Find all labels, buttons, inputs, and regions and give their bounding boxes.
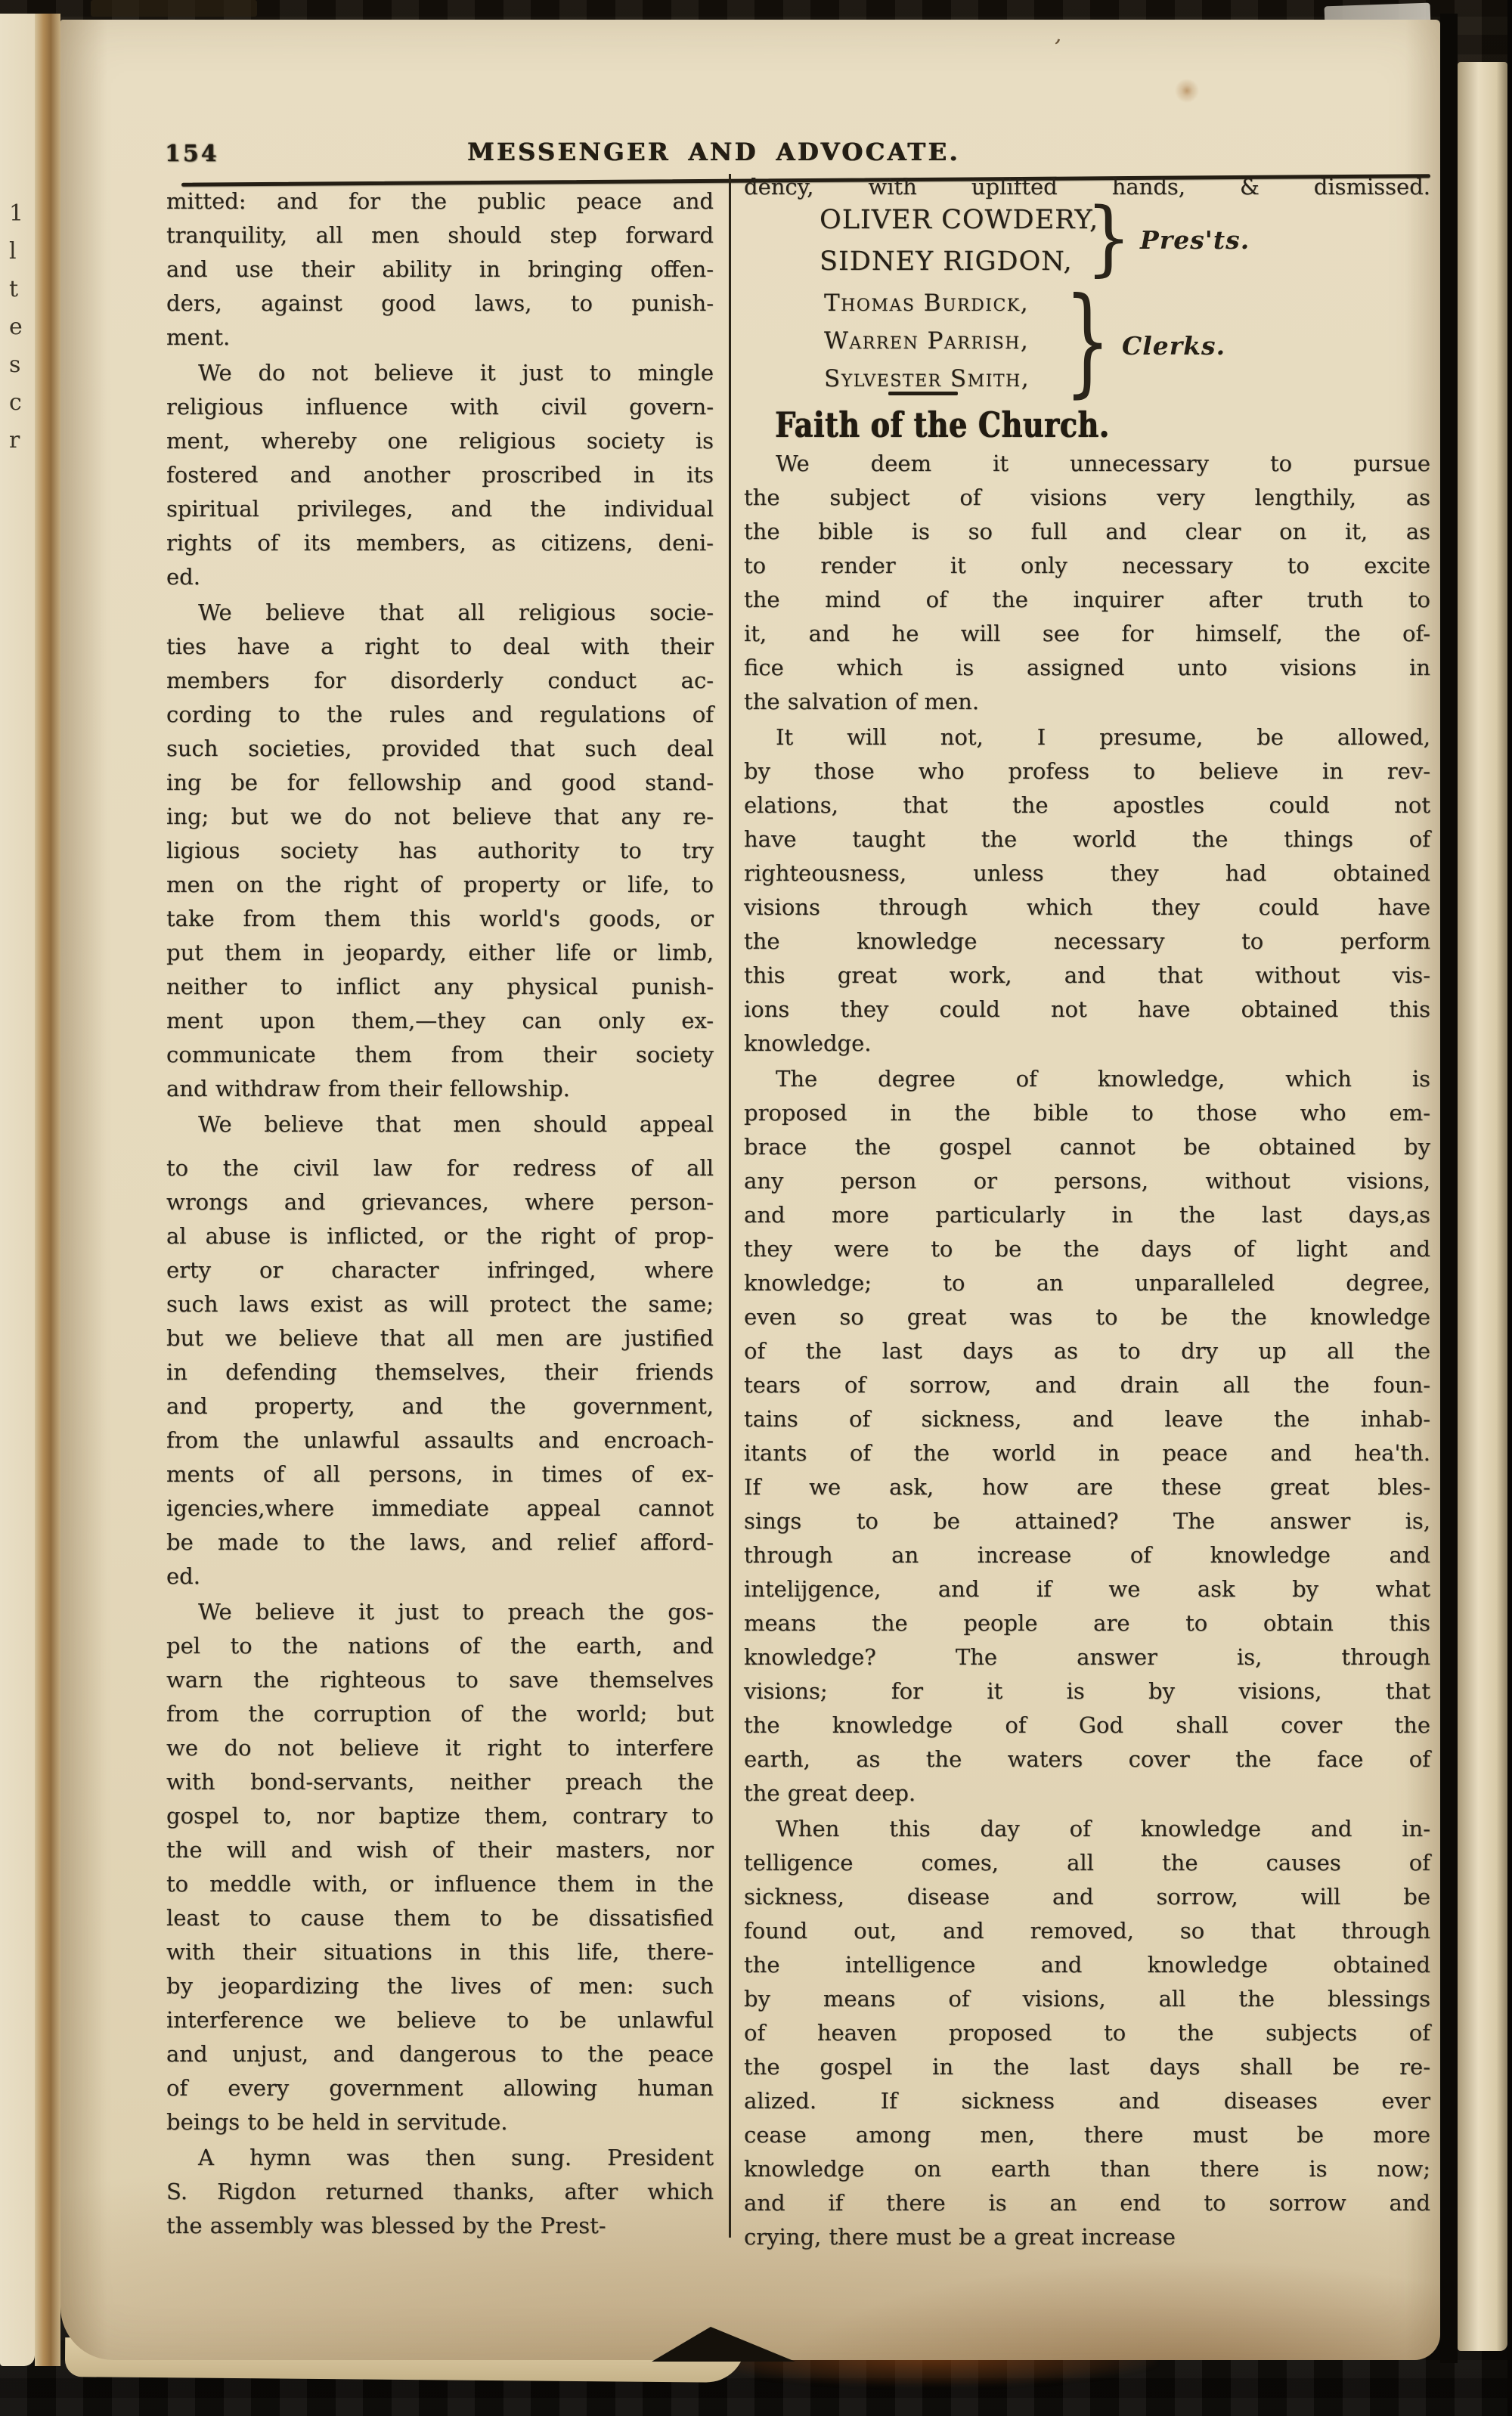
text-line: warn the righteous to save themselves [166,1663,714,1697]
text-line: crying, there must be a great increase [744,2220,1430,2254]
text-line: found out, and removed, so that through [744,1914,1430,1948]
text-line: members for disorderly conduct ac- [166,664,714,698]
text-line: gospel to, nor baptize them, contrary to [166,1799,714,1833]
clerks-title: Clerks. [1122,329,1225,363]
text-line: ments of all persons, in times of ex- [166,1457,714,1491]
text-line: the salvation of men. [744,685,1430,719]
text-line: ment. [166,321,714,355]
text-line: and if there is an end to sorrow and [744,2186,1430,2220]
right-column: dency, with uplifted hands, & dismissed.… [744,170,1430,2287]
text-line: the gospel in the last days shall be re- [744,2050,1430,2084]
text-line: by jeopardizing the lives of men: such [166,1969,714,2003]
book-page: 154 MESSENGER AND ADVOCATE. ’ mitted: an… [60,20,1440,2360]
text-line: with their situations in this life, ther… [166,1935,714,1969]
clerks-brace: } [1064,282,1111,400]
text-line: When this day of knowledge and in- [744,1812,1430,1846]
text-line: this great work, and that without vis- [744,959,1430,993]
top-shadow-sliver [91,0,257,17]
text-line: and more particularly in the last days,a… [744,1198,1430,1232]
text-line: such laws exist as will protect the same… [166,1287,714,1321]
text-line: We believe it just to preach the gos- [166,1595,714,1629]
text-line: by those who profess to believe in rev- [744,754,1430,788]
president-signature: OLIVER COWDERY, [820,203,1098,237]
text-line: any person or persons, without visions, [744,1164,1430,1198]
text-line: the mind of the inquirer after truth to [744,583,1430,617]
text-line: of heaven proposed to the subjects of [744,2016,1430,2050]
text-line: The degree of knowledge, which is [744,1062,1430,1096]
text-line: We believe that men should appeal [166,1107,714,1141]
paragraph: We do not believe it just to minglerelig… [166,356,714,594]
text-line: mitted: and for the public peace and [166,184,714,218]
text-line: ed. [166,560,714,594]
text-line: ligious society has authority to try [166,834,714,868]
text-line: proposed in the bible to those who em- [744,1096,1430,1130]
text-line: fice which is assigned unto visions in [744,651,1430,685]
presidents-brace: } [1086,197,1132,279]
text-fragment: 1 [9,195,23,233]
right-frame-shadow [1507,0,1512,2416]
masthead-title: MESSENGER AND ADVOCATE. [467,138,960,166]
text-line: the subject of visions very lengthily, a… [744,481,1430,515]
text-line: al abuse is inflicted, or the right of p… [166,1219,714,1253]
text-line: ders, against good laws, to punish- [166,287,714,321]
text-line: erty or character infringed, where [166,1253,714,1287]
text-line: telligence comes, all the causes of [744,1846,1430,1880]
previous-page-edge: 1ltescr [0,14,35,2366]
previous-page-text-fragments: 1ltescr [9,195,23,460]
paragraph: We believe it just to preach the gos-pel… [166,1595,714,2139]
text-line: it, and he will see for himself, the of- [744,617,1430,651]
text-line: A hymn was then sung. President [166,2141,714,2175]
paragraph: The degree of knowledge, which ispropose… [744,1062,1430,1810]
paragraph: mitted: and for the public peace andtran… [166,184,714,355]
text-line: knowledge? The answer is, through [744,1640,1430,1674]
text-line: through an increase of knowledge and [744,1538,1430,1572]
text-line: sings to be attained? The answer is, [744,1504,1430,1538]
text-line: the will and wish of their masters, nor [166,1833,714,1867]
page-gap-shadow [1440,14,1458,2363]
text-line: even so great was to be the knowledge [744,1300,1430,1334]
text-line: elations, that the apostles could not [744,788,1430,822]
text-line: but we believe that all men are justifie… [166,1321,714,1355]
text-line: religious influence with civil govern- [166,390,714,424]
text-line: put them in jeopardy, either life or lim… [166,936,714,970]
text-line: tains of sickness, and leave the inhab- [744,1402,1430,1436]
column-divider [729,174,731,2238]
text-fragment: r [9,422,23,460]
text-line: the bible is so full and clear on it, as [744,515,1430,549]
text-line: We do not believe it just to mingle [166,356,714,390]
text-line: they were to be the days of light and [744,1232,1430,1266]
paragraph: When this day of knowledge and in-tellig… [744,1812,1430,2254]
text-line: ions they could not have obtained this [744,993,1430,1027]
paragraph: A hymn was then sung. PresidentS. Rigdon… [166,2141,714,2243]
line-gap [166,1141,714,1151]
text-line: to the civil law for redress of all [166,1151,714,1185]
paragraph: It will not, I presume, be allowed,by th… [744,720,1430,1061]
text-line: cording to the rules and regulations of [166,698,714,732]
text-line: ties have a right to deal with their [166,630,714,664]
text-line: we do not believe it right to interfere [166,1731,714,1765]
paragraph: We believe that all religious socie-ties… [166,596,714,1106]
clerk-signature: Warren Parrish, [824,324,1029,358]
president-signature: SIDNEY RIGDON, [820,245,1073,279]
text-line: knowledge; to an unparalleled degree, [744,1266,1430,1300]
left-column: mitted: and for the public peace andtran… [166,184,714,2244]
text-line: alized. If sickness and diseases ever [744,2084,1430,2118]
text-line: with bond-servants, neither preach the [166,1765,714,1799]
text-line: spiritual privileges, and the individual [166,492,714,526]
clerk-signature: Thomas Burdick, [824,287,1029,321]
text-line: knowledge on earth than there is now; [744,2152,1430,2186]
text-line: ing; but we do not believe that any re- [166,800,714,834]
text-line: means the people are to obtain this [744,1606,1430,1640]
section-rule [888,392,958,395]
text-line: in defending themselves, their friends [166,1355,714,1389]
text-line: If we ask, how are these great bles- [744,1470,1430,1504]
text-line: We believe that all religious socie- [166,596,714,630]
text-line: tears of sorrow, and drain all the foun- [744,1368,1430,1402]
text-line: fostered and another proscribed in its [166,458,714,492]
text-line: interference we believe to be unlawful [166,2003,714,2037]
paragraph: We deem it unnecessary to pursuethe subj… [744,447,1430,719]
text-line: ment, whereby one religious society is [166,424,714,458]
text-line: and withdraw from their fellowship. [166,1072,714,1106]
text-line: take from them this world's goods, or [166,902,714,936]
text-line: pel to the nations of the earth, and [166,1629,714,1663]
text-line: wrongs and grievances, where person- [166,1185,714,1219]
text-line: such societies, provided that such deal [166,732,714,766]
text-fragment: s [9,346,23,384]
text-line: neither to inflict any physical punish- [166,970,714,1004]
page-bottom-tear [652,2327,795,2362]
text-line: have taught the world the things of [744,822,1430,856]
text-line: from the unlawful assaults and encroach- [166,1423,714,1457]
text-line: rights of its members, as citizens, deni… [166,526,714,560]
text-line: We deem it unnecessary to pursue [744,447,1430,481]
adjacent-page-edge [1458,62,1507,2351]
text-line: and use their ability in bringing offen- [166,252,714,287]
text-line: righteousness, unless they had obtained [744,856,1430,891]
text-line: ment upon them,—they can only ex- [166,1004,714,1038]
text-line: ing be for fellowship and good stand- [166,766,714,800]
text-line: be made to the laws, and relief afford- [166,1525,714,1560]
text-line: of the last days as to dry up all the [744,1334,1430,1368]
text-line: sickness, disease and sorrow, will be [744,1880,1430,1914]
book-photo: 1ltescr 154 MESSENGER AND ADVOCATE. ’ mi… [0,0,1512,2416]
book-gutter [35,14,60,2366]
text-line: of every government allowing human [166,2071,714,2105]
presidents-title: Pres'ts. [1140,223,1250,257]
text-line: ed. [166,1560,714,1594]
text-line: tranquility, all men should step forward [166,218,714,252]
text-line: to meddle with, or influence them in the [166,1867,714,1901]
text-line: It will not, I presume, be allowed, [744,720,1430,754]
text-fragment: c [9,384,23,422]
text-line: least to cause them to be dissatisfied [166,1901,714,1935]
text-line: brace the gospel cannot be obtained by [744,1130,1430,1164]
text-line: and property, and the government, [166,1389,714,1423]
text-line: igencies,where immediate appeal cannot [166,1491,714,1525]
text-fragment: t [9,271,23,308]
text-line: the knowledge of God shall cover the [744,1708,1430,1742]
text-line: itants of the world in peace and hea'th. [744,1436,1430,1470]
text-line: communicate them from their society [166,1038,714,1072]
text-line: the great deep. [744,1776,1430,1810]
article-heading: Faith of the Church. [775,406,1110,444]
text-line: the knowledge necessary to perform [744,925,1430,959]
paragraph: We believe that men should appealto the … [166,1107,714,1594]
text-line: earth, as the waters cover the face of [744,1742,1430,1776]
text-line: the assembly was blessed by the Prest- [166,2209,714,2243]
text-line: visions through which they could have [744,891,1430,925]
text-line: beings to be held in servitude. [166,2105,714,2139]
text-line: men on the right of property or life, to [166,868,714,902]
text-line: the intelligence and knowledge obtained [744,1948,1430,1982]
text-line: by means of visions, all the blessings [744,1982,1430,2016]
page-number: 154 [165,141,219,167]
text-line: visions; for it is by visions, that [744,1674,1430,1708]
text-line: from the corruption of the world; but [166,1697,714,1731]
text-line: knowledge. [744,1027,1430,1061]
text-line: to render it only necessary to excite [744,549,1430,583]
text-fragment: e [9,308,23,346]
ink-mark: ’ [1049,34,1063,61]
text-line: S. Rigdon returned thanks, after which [166,2175,714,2209]
text-line: cease among men, there must be more [744,2118,1430,2152]
text-line: intelijgence, and if we ask by what [744,1572,1430,1606]
text-line: and unjust, and dangerous to the peace [166,2037,714,2071]
text-fragment: l [9,233,23,271]
article-body: We deem it unnecessary to pursuethe subj… [744,447,1430,2256]
